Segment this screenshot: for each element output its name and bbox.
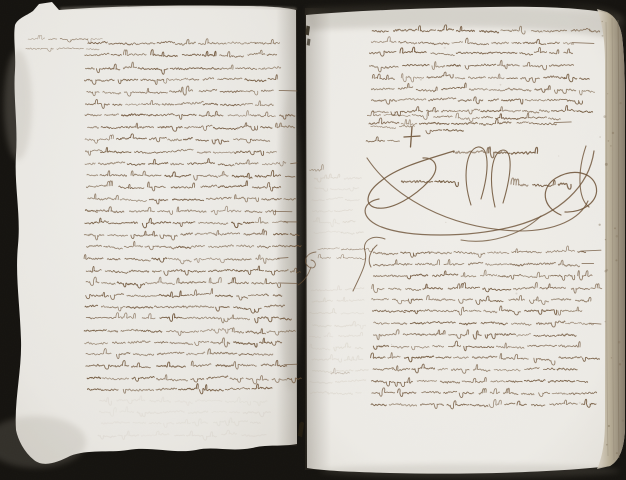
manuscript-render xyxy=(0,0,626,480)
manuscript-scan xyxy=(0,0,626,480)
film-grain-overlay xyxy=(0,0,626,480)
